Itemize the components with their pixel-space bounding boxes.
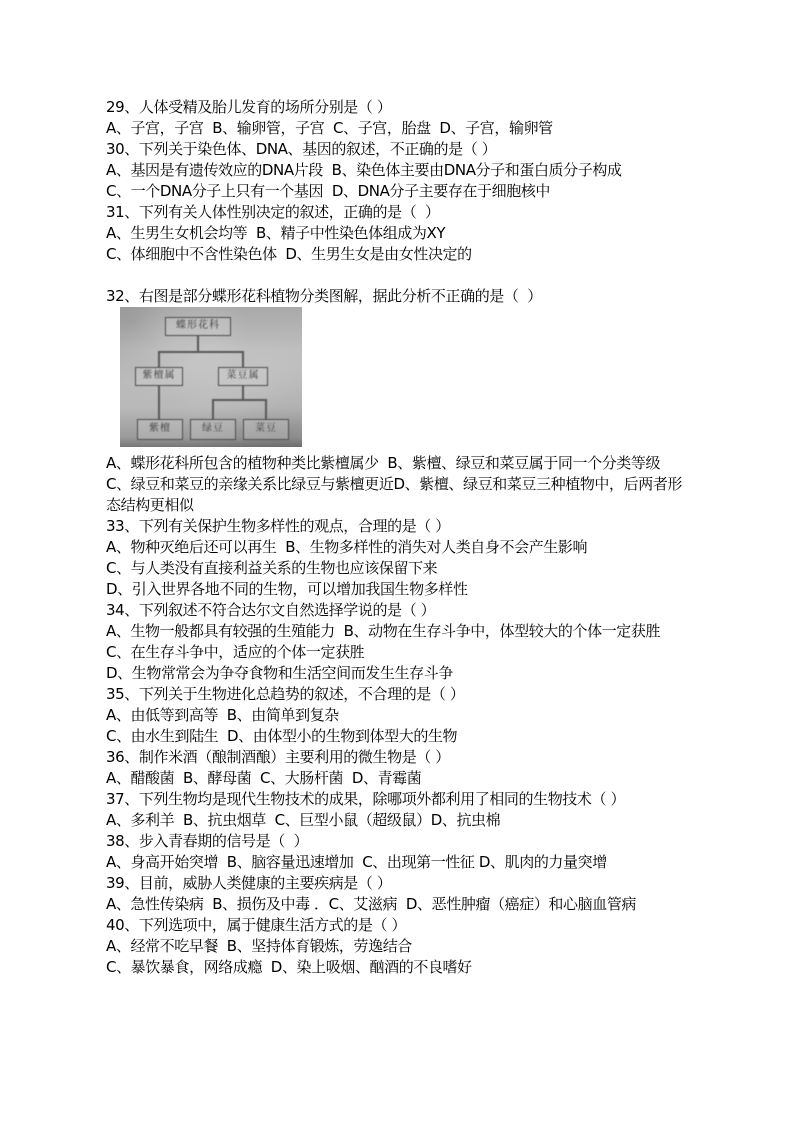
text-line: C、在生存斗争中，适应的个体一定获胜 <box>106 642 726 663</box>
text-line: C、由水生到陆生 D、由体型小的生物到体型大的生物 <box>106 726 726 747</box>
text-line: 35、下列关于生物进化总趋势的叙述，不合理的是（ ） <box>106 684 726 705</box>
tree-node-genus-left: 紫檀属 <box>135 367 183 386</box>
text-line: 33、下列有关保护生物多样性的观点，合理的是（ ） <box>106 516 726 537</box>
tree-node-species-right: 菜豆 <box>243 419 289 440</box>
text-line: 31、下列有关人体性别决定的叙述，正确的是（ ） <box>106 202 726 223</box>
text-line: 34、下列叙述不符合达尔文自然选择学说的是（ ） <box>106 600 726 621</box>
text-line <box>106 265 726 286</box>
text-line: 29、人体受精及胎儿发育的场所分别是（ ） <box>106 97 726 118</box>
text-line: A、由低等到高等 B、由简单到复杂 <box>106 705 726 726</box>
connector-line <box>158 386 160 419</box>
text-line: C、暴饮暴食，网络成瘾 D、染上吸烟、酗酒的不良嗜好 <box>106 957 726 978</box>
text-line: 32、右图是部分蝶形花科植物分类图解，据此分析不正确的是（ ） <box>106 286 726 307</box>
exam-page: 29、人体受精及胎儿发育的场所分别是（ ）A、子宫，子宫 B、输卵管，子宫 C、… <box>0 0 794 1123</box>
connector-line <box>242 386 244 400</box>
connector-line <box>158 351 160 367</box>
text-line: A、身高开始突增 B、脑容量迅速增加 C、出现第一性征 D、肌肉的力量突增 <box>106 852 726 873</box>
lines-before-figure: 29、人体受精及胎儿发育的场所分别是（ ）A、子宫，子宫 B、输卵管，子宫 C、… <box>106 97 726 307</box>
text-line: 态结构更相似 <box>106 495 726 516</box>
text-line: A、多利羊 B、抗虫烟草 C、巨型小鼠（超级鼠）D、抗虫棉 <box>106 810 726 831</box>
tree-node-genus-right: 菜豆属 <box>218 367 268 386</box>
tree-node-species-left: 紫檀 <box>137 419 183 440</box>
text-line: 40、下列选项中，属于健康生活方式的是（ ） <box>106 915 726 936</box>
text-line: A、基因是有遗传效应的DNA片段 B、染色体主要由DNA分子和蛋白质分子构成 <box>106 160 726 181</box>
connector-line <box>158 351 244 353</box>
text-line: A、物种灭绝后还可以再生 B、生物多样性的消失对人类自身不会产生影响 <box>106 537 726 558</box>
text-line: C、一个DNA分子上只有一个基因 D、DNA分子主要存在于细胞核中 <box>106 181 726 202</box>
question-text-block: 29、人体受精及胎儿发育的场所分别是（ ）A、子宫，子宫 B、输卵管，子宫 C、… <box>106 97 726 978</box>
text-line: A、生物一般都具有较强的生殖能力 B、动物在生存斗争中，体型较大的个体一定获胜 <box>106 621 726 642</box>
text-line: A、急性传染病 B、损伤及中毒 ．C、艾滋病 D、恶性肿瘤（癌症）和心脑血管病 <box>106 894 726 915</box>
text-line: 39、目前，威胁人类健康的主要疾病是（ ） <box>106 873 726 894</box>
text-line: A、蝶形花科所包含的植物种类比紫檀属少 B、紫檀、绿豆和菜豆属于同一个分类等级 <box>106 453 726 474</box>
text-line: A、生男生女机会均等 B、精子中性染色体组成为XY <box>106 223 726 244</box>
connector-line <box>265 399 267 419</box>
text-line: C、与人类没有直接利益关系的生物也应该保留下来 <box>106 558 726 579</box>
text-line: A、子宫，子宫 B、输卵管，子宫 C、子宫，胎盘 D、子宫，输卵管 <box>106 118 726 139</box>
text-line: C、体细胞中不含性染色体 D、生男生女是由女性决定的 <box>106 244 726 265</box>
text-line: 30、下列关于染色体、DNA、基因的叙述，不正确的是（ ） <box>106 139 726 160</box>
tree-node-family: 蝶形花科 <box>165 317 231 336</box>
lines-after-figure: A、蝶形花科所包含的植物种类比紫檀属少 B、紫檀、绿豆和菜豆属于同一个分类等级C… <box>106 453 726 978</box>
text-line: 38、步入青春期的信号是（ ） <box>106 831 726 852</box>
classification-figure-photo: 蝶形花科 紫檀属 菜豆属 紫檀 绿豆 菜豆 <box>120 307 302 447</box>
text-line: A、醋酸菌 B、酵母菌 C、大肠杆菌 D、青霉菌 <box>106 768 726 789</box>
text-line: D、生物常常会为争夺食物和生活空间而发生生存斗争 <box>106 663 726 684</box>
text-line: C、绿豆和菜豆的亲缘关系比绿豆与紫檀更近D、紫檀、绿豆和菜豆三种植物中，后两者形 <box>106 474 726 495</box>
connector-line <box>212 399 214 419</box>
text-line: A、经常不吃早餐 B、坚持体育锻炼，劳逸结合 <box>106 936 726 957</box>
connector-line <box>212 399 267 401</box>
classification-tree-diagram: 蝶形花科 紫檀属 菜豆属 紫檀 绿豆 菜豆 <box>120 307 302 447</box>
text-line: D、引入世界各地不同的生物，可以增加我国生物多样性 <box>106 579 726 600</box>
text-line: 37、下列生物均是现代生物技术的成果，除哪项外都利用了相同的生物技术（ ） <box>106 789 726 810</box>
connector-line <box>242 351 244 367</box>
connector-line <box>197 336 199 352</box>
tree-node-species-mid: 绿豆 <box>190 419 236 440</box>
text-line: 36、制作米酒（酿制酒酿）主要利用的微生物是（ ） <box>106 747 726 768</box>
